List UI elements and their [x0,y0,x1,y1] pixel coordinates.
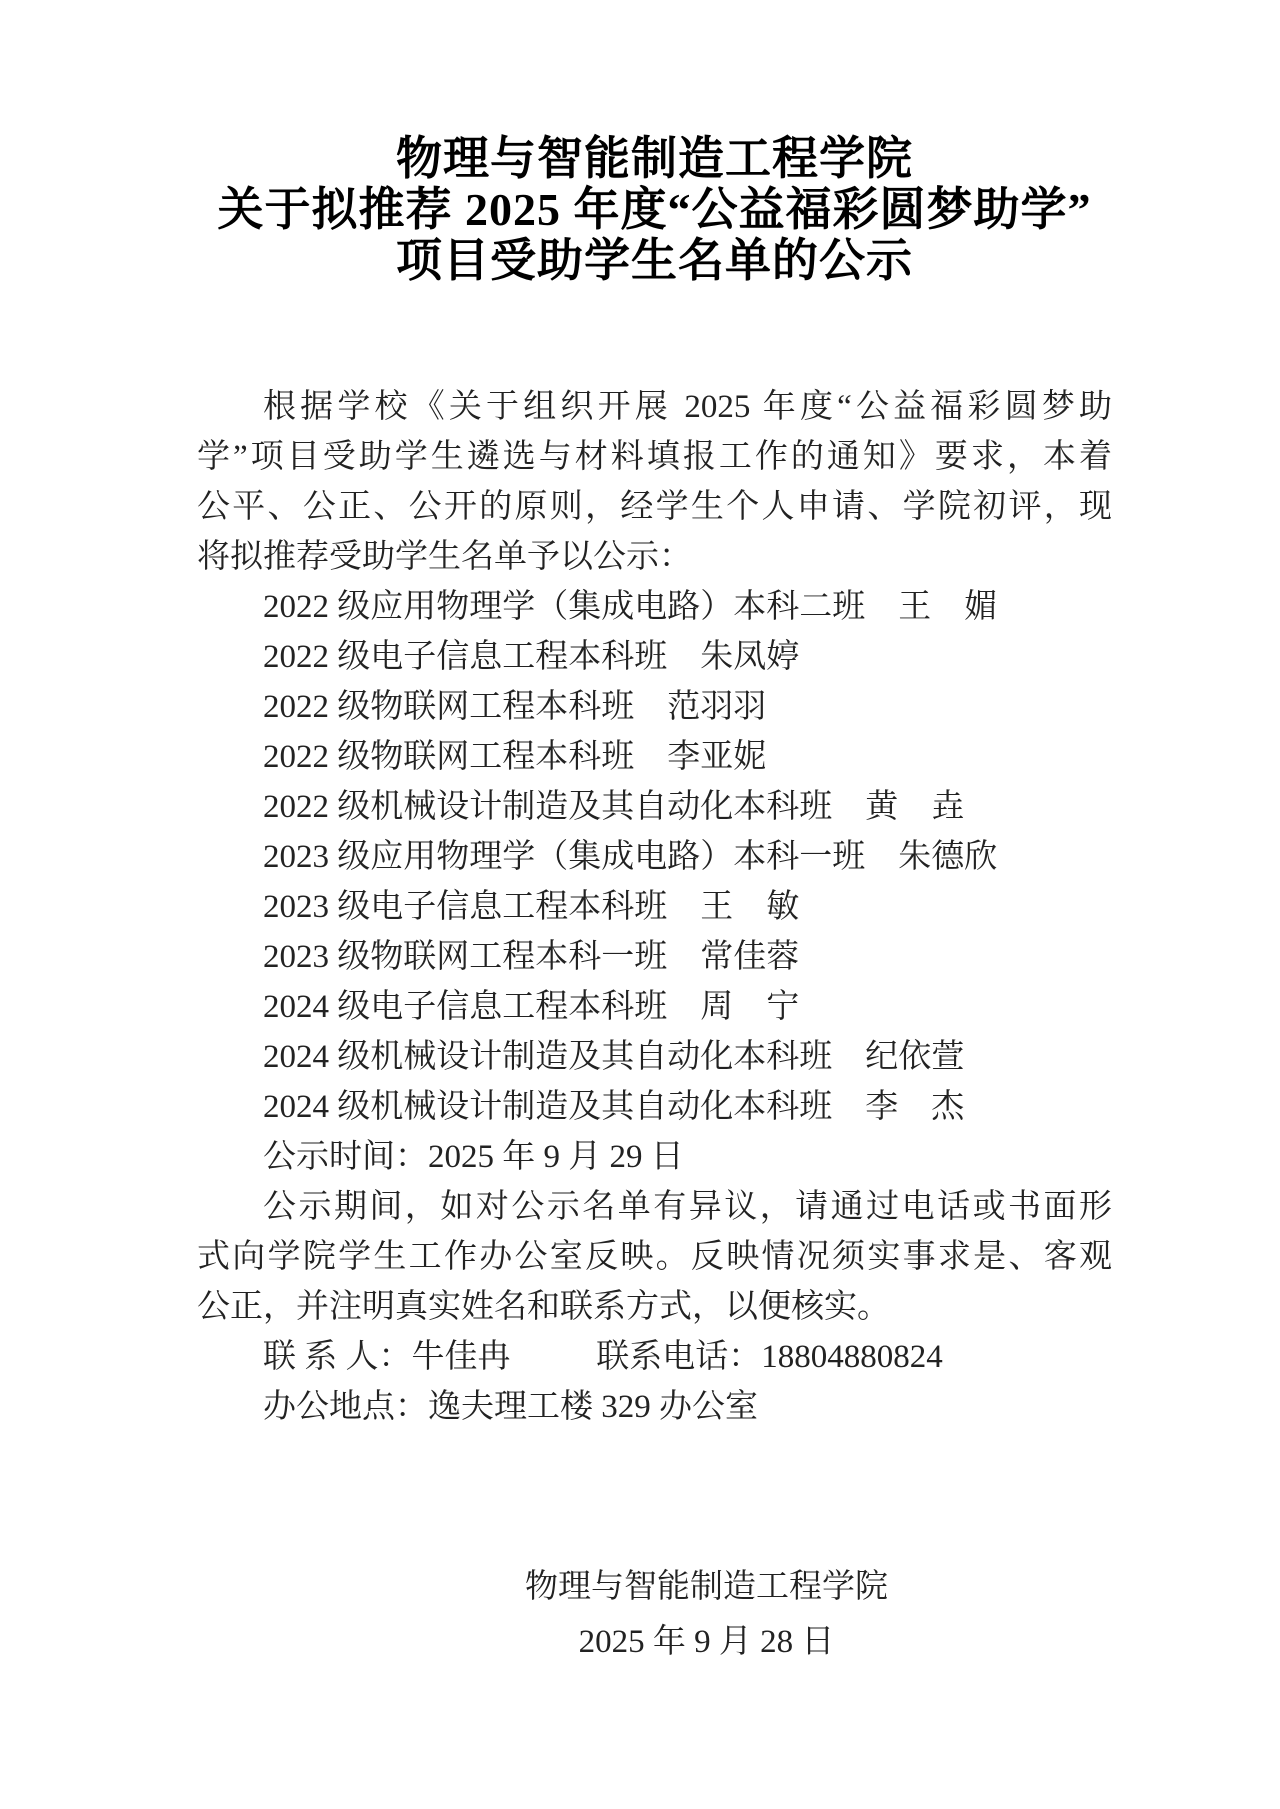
document-body: 根据学校《关于组织开展 2025 年度“公益福彩圆梦助 学”项目受助学生遴选与材… [197,382,1112,1432]
student-list-item: 2023 级电子信息工程本科班 王 敏 [197,882,1112,932]
objection-line: 式向学院学生工作办公室反映。反映情况须实事求是、客观 [197,1232,1112,1282]
objection-paragraph: 公示期间，如对公示名单有异议，请通过电话或书面形 式向学院学生工作办公室反映。反… [197,1182,1112,1332]
publicity-time: 公示时间：2025 年 9 月 29 日 [197,1132,1112,1182]
student-list-item: 2022 级电子信息工程本科班 朱凤婷 [197,632,1112,682]
intro-line: 公平、公正、公开的原则，经学生个人申请、学院初评，现 [197,482,1112,532]
objection-line: 公正，并注明真实姓名和联系方式，以便核实。 [197,1282,1112,1332]
signature-date: 2025 年 9 月 28 日 [525,1615,888,1670]
student-list-item: 2022 级机械设计制造及其自动化本科班 黄 垚 [197,782,1112,832]
document-title: 物理与智能制造工程学院 关于拟推荐 2025 年度“公益福彩圆梦助学” 项目受助… [197,0,1112,286]
contact-person-name: 牛佳冉 [412,1339,511,1375]
student-list-item: 2024 级电子信息工程本科班 周 宁 [197,982,1112,1032]
intro-line: 将拟推荐受助学生名单予以公示： [197,532,1112,582]
title-line-announcement: 项目受助学生名单的公示 [197,235,1112,286]
intro-line: 根据学校《关于组织开展 2025 年度“公益福彩圆梦助 [197,382,1112,432]
student-list: 2022 级应用物理学（集成电路）本科二班 王 媚 2022 级电子信息工程本科… [197,582,1112,1132]
student-list-item: 2024 级机械设计制造及其自动化本科班 纪依萱 [197,1032,1112,1082]
office-location: 办公地点：逸夫理工楼 329 办公室 [197,1382,1112,1432]
student-list-item: 2023 级物联网工程本科一班 常佳蓉 [197,932,1112,982]
student-list-item: 2022 级物联网工程本科班 范羽羽 [197,682,1112,732]
signature-org: 物理与智能制造工程学院 [525,1560,888,1615]
contact-person-label: 联 系 人： [263,1339,412,1375]
student-list-item: 2022 级应用物理学（集成电路）本科二班 王 媚 [197,582,1112,632]
contact-line: 联 系 人：牛佳冉联系电话：18804880824 [197,1332,1112,1382]
objection-line: 公示期间，如对公示名单有异议，请通过电话或书面形 [197,1182,1112,1232]
student-list-item: 2024 级机械设计制造及其自动化本科班 李 杰 [197,1082,1112,1132]
title-line-subject: 关于拟推荐 2025 年度“公益福彩圆梦助学” [197,184,1112,235]
contact-phone-label: 联系电话： [596,1339,761,1375]
intro-paragraph: 根据学校《关于组织开展 2025 年度“公益福彩圆梦助 学”项目受助学生遴选与材… [197,382,1112,582]
student-list-item: 2023 级应用物理学（集成电路）本科一班 朱德欣 [197,832,1112,882]
student-list-item: 2022 级物联网工程本科班 李亚妮 [197,732,1112,782]
intro-line: 学”项目受助学生遴选与材料填报工作的通知》要求，本着 [197,432,1112,482]
title-line-college: 物理与智能制造工程学院 [197,133,1112,184]
contact-phone-number: 18804880824 [761,1339,943,1375]
document-page: 物理与智能制造工程学院 关于拟推荐 2025 年度“公益福彩圆梦助学” 项目受助… [0,0,1280,1670]
signature-block: 物理与智能制造工程学院 2025 年 9 月 28 日 [525,1560,888,1670]
